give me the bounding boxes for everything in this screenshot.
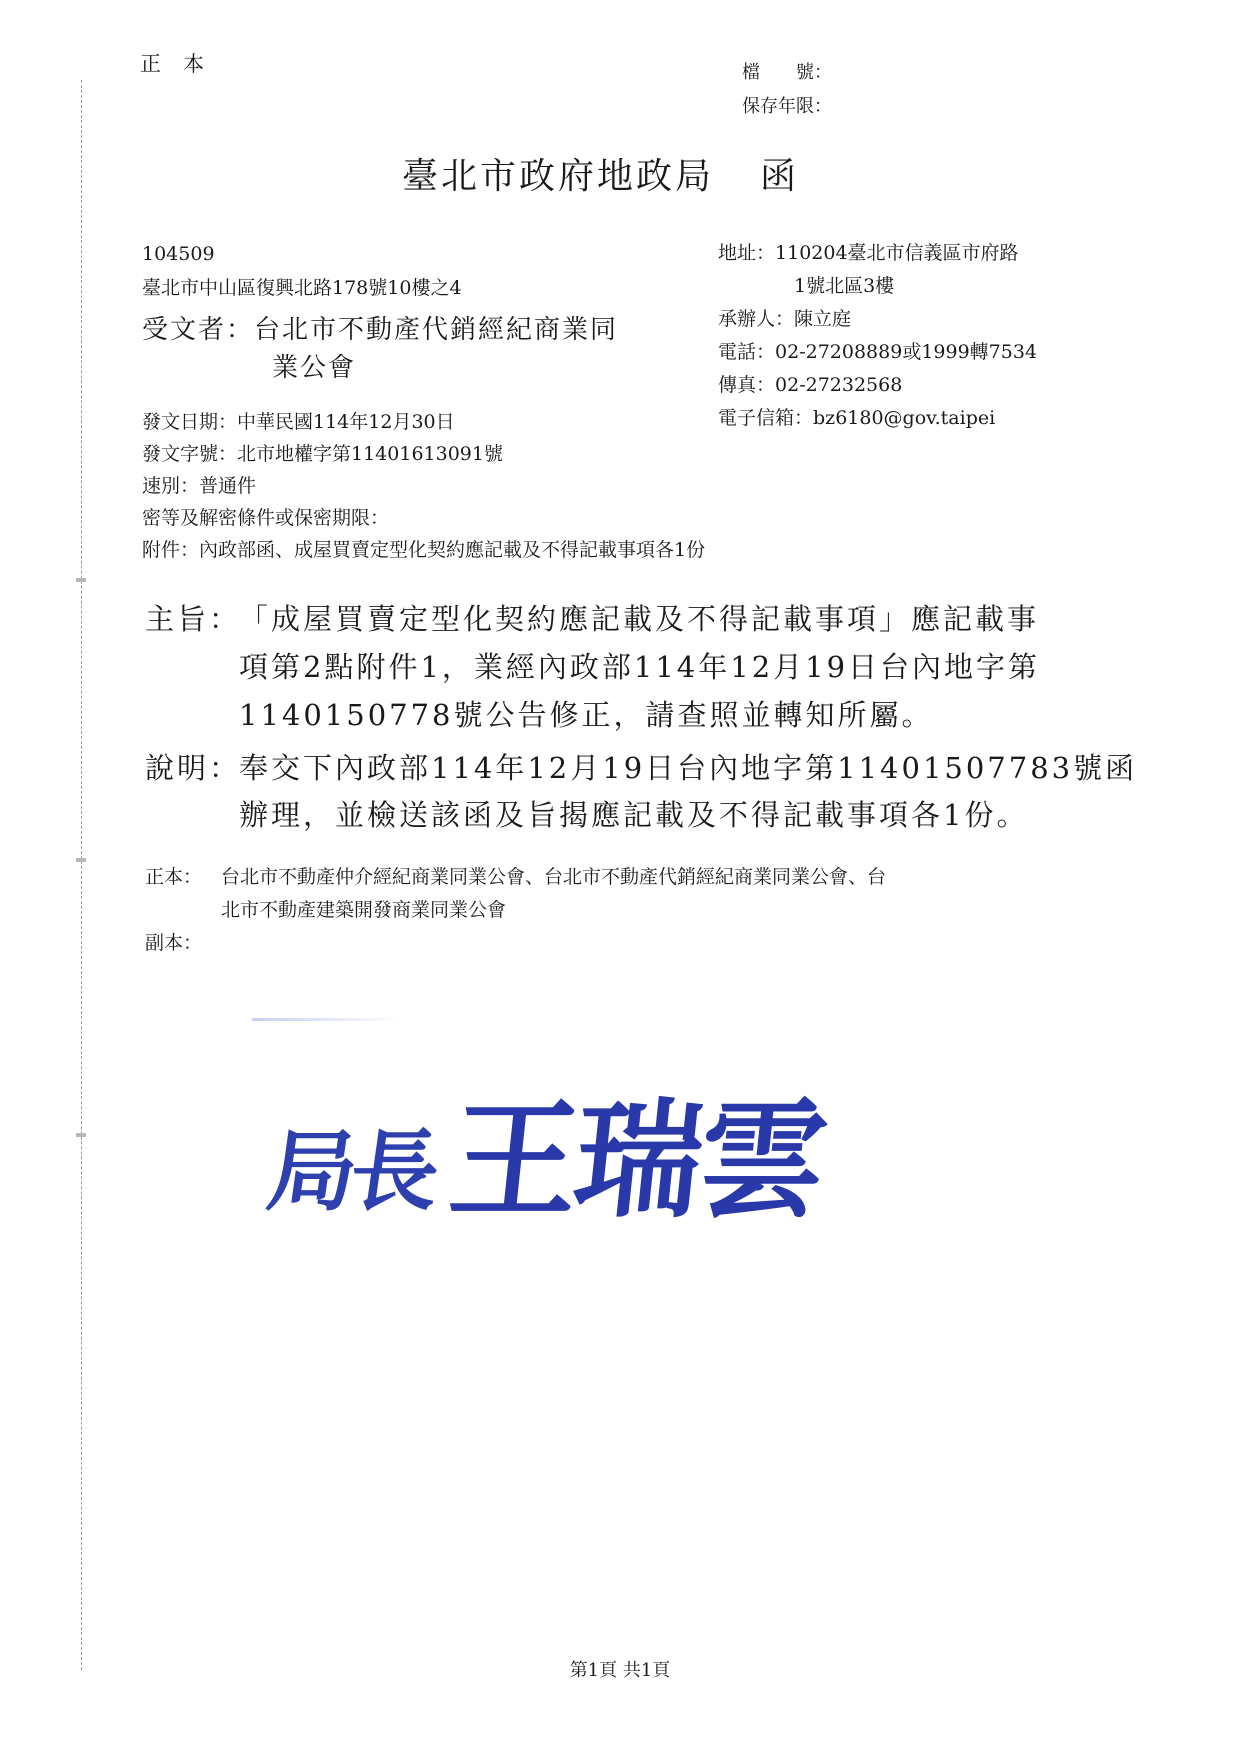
issue-number: 發文字號：北市地權字第11401613091號 [142, 439, 503, 466]
recipient-label: 受文者： [142, 315, 254, 345]
title-doc-type: 函 [760, 156, 799, 197]
binding-mark [76, 578, 86, 582]
recipient-line1: 受文者：台北市不動產代銷經紀商業同 [142, 309, 618, 346]
binding-mark [76, 858, 86, 862]
phone-value: 02-27208889或1999轉7534 [775, 341, 1037, 363]
handler-field: 承辦人：陳立庭 [718, 304, 851, 331]
title-agency: 臺北市政府地政局 [402, 156, 714, 197]
phone-label: 電話： [718, 341, 775, 363]
file-number-label: 檔 號： [742, 62, 832, 83]
secrecy-level: 密等及解密條件或保密期限： [142, 503, 389, 530]
file-number-field: 檔 號： [742, 58, 832, 84]
sender-address-label: 地址： [718, 242, 775, 264]
fax-label: 傳真： [718, 374, 775, 396]
phone-field: 電話：02-27208889或1999轉7534 [718, 337, 1037, 364]
explanation-line: 辦理，並檢送該函及旨揭應記載及不得記載事項各1份。 [239, 793, 1028, 834]
email-value[interactable]: bz6180@gov.taipei [813, 407, 995, 429]
signature-name: 王瑞雲 [442, 1058, 833, 1242]
email-label: 電子信箱： [718, 407, 813, 429]
postal-code: 104509 [142, 243, 215, 265]
copy-type-label: 正本 [140, 48, 226, 78]
fax-value: 02-27232568 [775, 374, 902, 396]
original-recipients-line: 北市不動產建築開發商業同業公會 [221, 895, 506, 922]
sender-address-line2: 1號北區3樓 [794, 271, 894, 298]
subject-line: 項第2點附件1，業經內政部114年12月19日台內地字第 [239, 645, 1040, 686]
handler-label: 承辦人： [718, 308, 794, 330]
sender-address: 地址：110204臺北市信義區市府路 [718, 238, 1019, 265]
explanation-line: 奉交下內政部114年12月19日台內地字第11401507783號函 [239, 746, 1137, 787]
page-indicator: 第1頁 共1頁 [0, 1656, 1240, 1682]
original-recipients-line: 台北市不動產仲介經紀商業同業公會、台北市不動產代銷經紀商業同業公會、台 [221, 862, 886, 889]
subject-label: 主旨： [145, 597, 241, 638]
fax-field: 傳真：02-27232568 [718, 370, 902, 397]
recipient-address: 臺北市中山區復興北路178號10樓之4 [142, 273, 462, 300]
explanation-label: 說明： [145, 746, 241, 787]
signature-title: 局長 [261, 1102, 443, 1228]
page-title: 臺北市政府地政局函 [402, 148, 799, 199]
original-recipients-label: 正本： [145, 862, 202, 889]
email-field: 電子信箱：bz6180@gov.taipei [718, 403, 995, 430]
binding-line [81, 80, 82, 1670]
issue-date: 發文日期：中華民國114年12月30日 [142, 407, 455, 434]
handler-value: 陳立庭 [794, 308, 851, 330]
recipient-line2: 業公會 [272, 347, 356, 384]
speed-class: 速別：普通件 [142, 471, 256, 498]
subject-line: 1140150778號公告修正，請查照並轉知所屬。 [239, 693, 934, 734]
retention-label: 保存年限： [742, 96, 832, 117]
attachments: 附件：內政部函、成屋買賣定型化契約應記載及不得記載事項各1份 [142, 535, 705, 562]
binding-mark [76, 1133, 86, 1137]
subject-line: 「成屋買賣定型化契約應記載及不得記載事項」應記載事 [239, 597, 1039, 638]
signature-stamp: 局長 王瑞雲 [262, 1058, 862, 1258]
retention-field: 保存年限： [742, 92, 832, 118]
sender-address-value: 110204臺北市信義區市府路 [775, 242, 1019, 264]
stamp-smudge [252, 1018, 402, 1021]
recipient-name: 台北市不動產代銷經紀商業同 [254, 315, 618, 345]
copy-recipients-label: 副本： [145, 928, 202, 955]
